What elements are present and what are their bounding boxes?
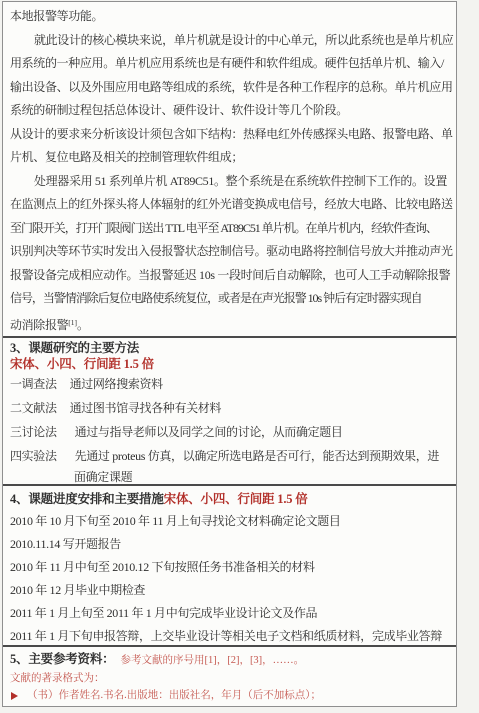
- section5-ref-note: 参考文献的序号用[1]，[2]，[3]，……。: [120, 655, 304, 666]
- reference-book-format-line: （书）作者姓名.书名.出版地：出版社名，年月（后不加标点）；: [10, 687, 450, 704]
- doc-line-text: 动消除报警: [10, 318, 68, 332]
- schedule-item: 2011 年 1 月下旬申报答辩，上交毕业设计等相关电子文档和纸质材料，完成毕业…: [10, 625, 450, 645]
- section3-format-note: 宋体、小四、行间距 1.5 倍: [10, 356, 450, 372]
- doc-line: 在监测点上的红外探头将人体辐射的红外光谱变换成电信号，经放大电路、比较电路送: [10, 193, 450, 217]
- schedule-item: 2011 年 1 月上旬至 2011 年 1 月中旬完成毕业设计论文及作品: [10, 602, 450, 625]
- scanned-document-page: { "colors": { "canvas": "#f3f3f0", "pape…: [0, 0, 479, 713]
- doc-line: 从设计的要求来分析该设计须包含如下结构：热释电红外传感探头电路、报警电路、单: [10, 123, 450, 147]
- method-item: 二文献法通过图书馆寻找各种有关材料: [10, 396, 450, 420]
- reference-book-format-text: （书）作者姓名.书名.出版地：出版社名，年月（后不加标点）；: [27, 687, 321, 704]
- section4-heading: 4、课题进度安排和主要措施宋体、小四、行间距 1.5 倍: [10, 488, 450, 510]
- intro-section: 本地报警等功能。 就此设计的核心模块来说，单片机就是设计的中心单元，所以此系统也…: [3, 2, 456, 336]
- schedule-item: 2010.11.14 写开题报告: [10, 533, 450, 556]
- doc-line: 动消除报警[1]。: [10, 311, 450, 337]
- section3-title: 3、课题研究的主要方法: [10, 340, 450, 356]
- doc-line: 就此设计的核心模块来说，单片机就是设计的中心单元，所以此系统也是单片机应: [10, 29, 450, 53]
- section-research-methods: 3、课题研究的主要方法 宋体、小四、行间距 1.5 倍 一调查法通过网络搜索资料…: [3, 336, 456, 484]
- method-item: 一调查法通过网络搜索资料: [10, 372, 450, 396]
- method-desc: 通过与指导老师以及同学之间的讨论，从而确定题目: [75, 425, 343, 439]
- section5-heading: 5、主要参考资料：参考文献的序号用[1]，[2]，[3]，……。: [10, 650, 450, 670]
- method-desc: 先通过 proteus 仿真，以确定所选电路是否可行，能否达到预期效果，进: [75, 449, 439, 463]
- schedule-item: 2010 年 11 月中旬至 2010.12 下旬按照任务书准备相关的材料: [10, 556, 450, 579]
- method-item: 三讨论法通过与指导老师以及同学之间的讨论，从而确定题目: [10, 420, 450, 444]
- doc-line: 处理器采用 51 系列单片机 AT89C51。整个系统是在系统软件控制下工作的。…: [10, 170, 450, 194]
- method-label: 三讨论法: [10, 425, 57, 439]
- method-desc: 通过图书馆寻找各种有关材料: [70, 401, 221, 415]
- doc-line: 用系统的一种应用。单片机应用系统也是有硬件和软件组成。硬件包括单片机、输入/: [10, 52, 450, 76]
- method-wrap-line: 面确定课题: [74, 468, 450, 484]
- doc-line: 至门限开关，打开门限阀门送出 TTL 电平至 AT89C51 单片机。在单片机内…: [10, 217, 450, 241]
- section-schedule: 4、课题进度安排和主要措施宋体、小四、行间距 1.5 倍 2010 年 10 月…: [3, 484, 456, 645]
- schedule-item: 2010 年 10 月下旬至 2010 年 11 月上旬寻找论文材料确定论文题目: [10, 510, 450, 533]
- footnote-ref: [1]: [68, 318, 77, 327]
- method-item: 四实验法先通过 proteus 仿真，以确定所选电路是否可行，能否达到预期效果，…: [10, 444, 450, 468]
- doc-line: 本地报警等功能。: [10, 5, 450, 29]
- section4-format-note: 宋体、小四、行间距 1.5 倍: [164, 492, 308, 506]
- schedule-item: 2010 年 12 月毕业中期检查: [10, 579, 450, 602]
- doc-line: 识别判决等环节实时发出入侵报警状态控制信号。驱动电路将控制信号放大并推动声光: [10, 240, 450, 264]
- section4-title: 4、课题进度安排和主要措施: [10, 492, 164, 506]
- document-table: 本地报警等功能。 就此设计的核心模块来说，单片机就是设计的中心单元，所以此系统也…: [2, 1, 457, 707]
- arrow-bullet-icon: [11, 692, 18, 700]
- doc-line-punct: 。: [77, 318, 89, 332]
- doc-line: 输出设备、以及外围应用电路等组成的系统，软件是各种工作程序的总称。单片机应用: [10, 76, 450, 100]
- reference-format-line: 文献的著录格式为：: [10, 670, 450, 687]
- doc-line: 系统的研制过程包括总体设计、硬件设计、软件设计等几个阶段。: [10, 99, 450, 123]
- method-label: 一调查法: [10, 377, 57, 391]
- method-desc: 通过网络搜索资料: [70, 377, 163, 391]
- doc-line: 片机、复位电路及相关的控制管理软件组成；: [10, 146, 450, 170]
- doc-line: 报警设备完成相应动作。当报警延迟 10s 一段时间后自动解除，也可人工手动解除报…: [10, 264, 450, 288]
- method-label: 二文献法: [10, 401, 57, 415]
- doc-line: 信号，当警情消除后复位电路使系统复位，或者是在声光报警 10s 钟后有定时器实现…: [10, 287, 450, 311]
- section-references: 5、主要参考资料：参考文献的序号用[1]，[2]，[3]，……。 文献的著录格式…: [3, 645, 456, 706]
- method-label: 四实验法: [10, 449, 57, 463]
- section5-title: 5、主要参考资料：: [10, 652, 114, 666]
